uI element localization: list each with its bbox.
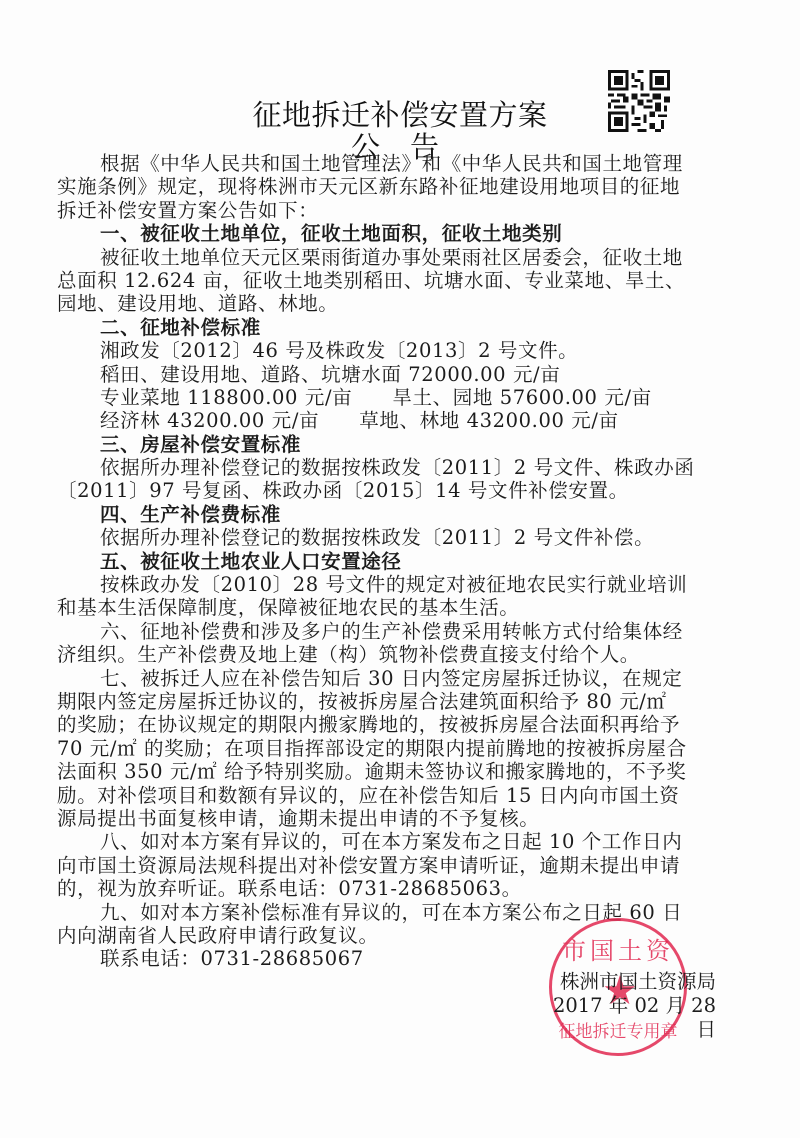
body-text-line: 依据所办理补偿登记的数据按株政发〔2011〕2 号文件、株政办函: [57, 456, 717, 479]
section-heading: 五、被征收土地农业人口安置途径: [57, 550, 717, 573]
body-text-line: 依据所办理补偿登记的数据按株政发〔2011〕2 号文件补偿。: [57, 526, 717, 549]
body-text-line: 经济林 43200.00 元/亩 草地、林地 43200.00 元/亩: [57, 409, 717, 432]
body-text-line: 法面积 350 元/㎡ 给予特别奖励。逾期未签协议和搬家腾地的，不予奖: [57, 760, 717, 783]
body-text-line: 励。对补偿项目和数额有异议的，应在补偿告知后 15 日内向市国土资: [57, 784, 717, 807]
body-text-line: 拆迁补偿安置方案公告如下：: [57, 199, 717, 222]
signature-block: 株洲市国土资源局 2017 年 02 月 28 日: [540, 970, 716, 1042]
body-text-line: 湘政发〔2012〕46 号及株政发〔2013〕2 号文件。: [57, 339, 717, 362]
body-text-line: 向市国土资源局法规科提出对补偿安置方案申请听证，逾期未提出申请: [57, 854, 717, 877]
body-text-line: 六、征地补偿费和涉及多户的生产补偿费采用转帐方式付给集体经: [57, 620, 717, 643]
section-heading: 四、生产补偿费标准: [57, 503, 717, 526]
body-text-line: 专业菜地 118800.00 元/亩 旱土、园地 57600.00 元/亩: [57, 386, 717, 409]
body-text-line: 实施条例》规定，现将株洲市天元区新东路补征地建设用地项目的征地: [57, 175, 717, 198]
section-heading: 三、房屋补偿安置标准: [57, 433, 717, 456]
body-text-line: 稻田、建设用地、道路、坑塘水面 72000.00 元/亩: [57, 363, 717, 386]
body-text-line: 园地、建设用地、道路、林地。: [57, 292, 717, 315]
body-text-line: 70 元/㎡ 的奖励；在项目指挥部设定的期限内提前腾地的按被拆房屋合: [57, 737, 717, 760]
body-text-line: 八、如对本方案有异议的，可在本方案发布之日起 10 个工作日内: [57, 830, 717, 853]
issue-date: 2017 年 02 月 28 日: [540, 994, 716, 1042]
body-text-line: 七、被拆迁人应在补偿告知后 30 日内签定房屋拆迁协议，在规定: [57, 667, 717, 690]
section-heading: 一、被征收土地单位，征收土地面积，征收土地类别: [57, 222, 717, 245]
document-body: 根据《中华人民共和国土地管理法》和《中华人民共和国土地管理实施条例》规定，现将株…: [57, 152, 717, 971]
document-title: 征地拆迁补偿安置方案: [240, 96, 560, 134]
body-text-line: 济组织。生产补偿费及地上建（构）筑物补偿费直接支付给个人。: [57, 643, 717, 666]
body-text-line: 被征收土地单位天元区栗雨街道办事处栗雨社区居委会，征收土地: [57, 246, 717, 269]
body-text-line: 源局提出书面复核申请，逾期未提出申请的不予复核。: [57, 807, 717, 830]
body-text-line: 按株政办发〔2010〕28 号文件的规定对被征地农民实行就业培训: [57, 573, 717, 596]
body-text-line: 的奖励；在协议规定的期限内搬家腾地的，按被拆房屋合法面积再给予: [57, 713, 717, 736]
section-heading: 二、征地补偿标准: [57, 316, 717, 339]
body-text-line: 期限内签定房屋拆迁协议的，按被拆房屋合法建筑面积给予 80 元/㎡: [57, 690, 717, 713]
document-page: 征地拆迁补偿安置方案 公告 根据《中华人民共和国土地管理法》和《中华人民共和国土…: [0, 0, 800, 1138]
body-text-line: 和基本生活保障制度，保障被征地农民的基本生活。: [57, 596, 717, 619]
body-text-line: 〔2011〕97 号复函、株政办函〔2015〕14 号文件补偿安置。: [57, 479, 717, 502]
body-text-line: 的，视为放弃听证。联系电话：0731-28685063。: [57, 877, 717, 900]
issuer-name: 株洲市国土资源局: [540, 970, 716, 994]
seal-top-text: 市国土资: [552, 931, 684, 966]
qr-code-icon: [608, 70, 670, 132]
body-text-line: 总面积 12.624 亩，征收土地类别稻田、坑塘水面、专业菜地、旱土、: [57, 269, 717, 292]
body-text-line: 根据《中华人民共和国土地管理法》和《中华人民共和国土地管理: [57, 152, 717, 175]
